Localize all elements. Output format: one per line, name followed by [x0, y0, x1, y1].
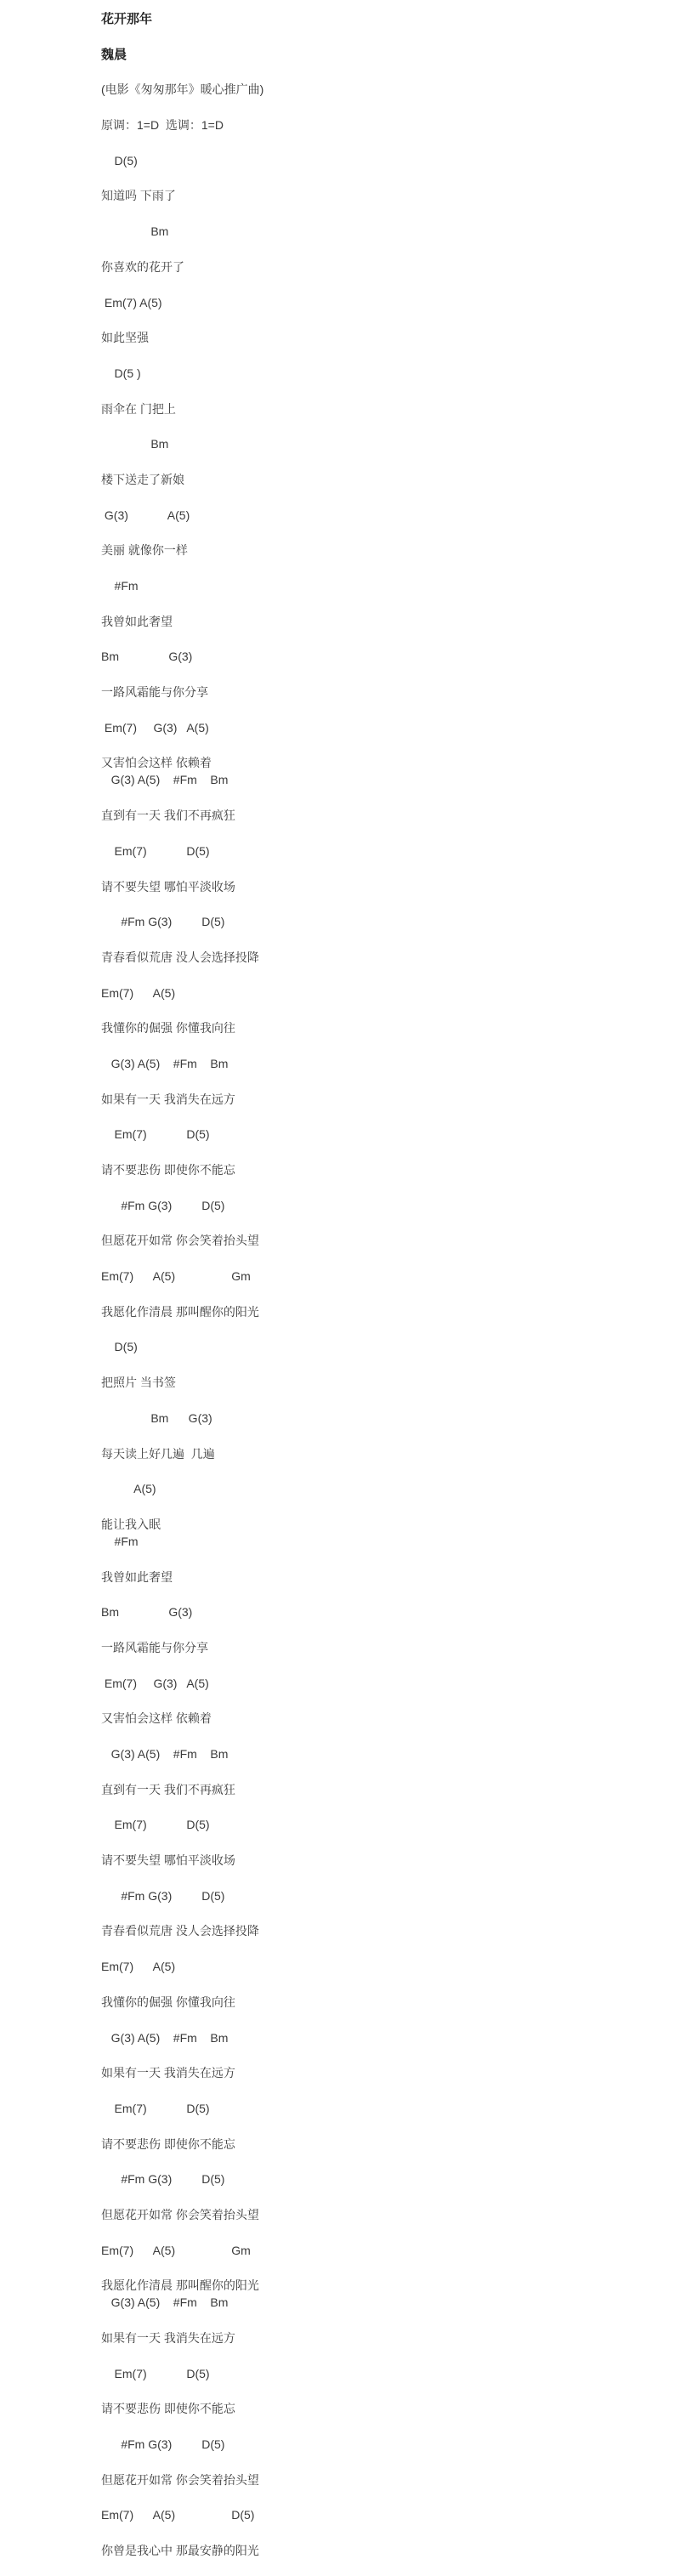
lyric-line: 请不要悲伤 即使你不能忘 [101, 2136, 640, 2153]
chord-line: G(3) A(5) #Fm Bm [101, 2030, 640, 2046]
chord-line: Em(7) G(3) A(5) [101, 720, 640, 736]
lyric-line: 你喜欢的花开了 [101, 259, 640, 275]
chord-line: D(5 ) [101, 366, 640, 382]
chord-line: D(5) [101, 1339, 640, 1355]
lyric-line: 如果有一天 我消失在远方 [101, 2330, 640, 2346]
chord-line: Em(7) A(5) Gm [101, 1268, 640, 1285]
chord-line: Em(7) A(5) [101, 1959, 640, 1975]
chord-sheet-page: 花开那年 魏晨 (电影《匆匆那年》暖心推广曲) 原调：1=D 选调：1=D D(… [0, 0, 674, 2576]
lyric-line: 我曾如此奢望 [101, 1569, 640, 1586]
chord-line: Bm [101, 224, 640, 240]
lyric-line: 但愿花开如常 你会笑着抬头望 [101, 2472, 640, 2488]
chord-line: #Fm G(3) D(5) [101, 914, 640, 930]
song-header: 花开那年 魏晨 (电影《匆匆那年》暖心推广曲) 原调：1=D 选调：1=D [101, 11, 640, 133]
lyric-line: 如果有一天 我消失在远方 [101, 2065, 640, 2081]
lyric-line: 知道吗 下雨了 [101, 188, 640, 204]
chord-line: G(3) A(5) #Fm Bm [101, 1056, 640, 1072]
song-title: 花开那年 [101, 11, 640, 27]
chord-line: #Fm [101, 578, 640, 594]
chord-line: Em(7) A(5) D(5) [101, 2507, 640, 2523]
chord-line: Bm [101, 436, 640, 452]
chord-line: Em(7) D(5) [101, 1126, 640, 1143]
chord-line: Em(7) G(3) A(5) [101, 1676, 640, 1692]
lyric-line: 但愿花开如常 你会笑着抬头望 [101, 2207, 640, 2223]
lyric-line: 楼下送走了新娘 [101, 472, 640, 488]
chord-line: Em(7) D(5) [101, 2101, 640, 2117]
song-key-info: 原调：1=D 选调：1=D [101, 117, 640, 133]
chord-line: D(5) [101, 153, 640, 169]
lyric-line: 又害怕会这样 依赖着 [101, 1711, 640, 1727]
chord-line: Em(7) A(5) [101, 985, 640, 1001]
chord-line: #Fm G(3) D(5) [101, 2171, 640, 2187]
chord-line: Bm G(3) [101, 649, 640, 665]
lyric-line: 把照片 当书签 [101, 1375, 640, 1391]
chord-line: G(3) A(5) #Fm Bm [101, 1746, 640, 1762]
lyric-line: 我懂你的倔强 你懂我向往 [101, 1020, 640, 1036]
chord-line: Bm G(3) [101, 1604, 640, 1620]
lyric-line: 又害怕会这样 依赖着 [101, 755, 640, 771]
lyric-line: 青春看似荒唐 没人会选择投降 [101, 950, 640, 966]
lyric-line: 我愿化作清晨 那叫醒你的阳光 [101, 1304, 640, 1320]
chord-line: Bm G(3) [101, 1410, 640, 1427]
lyric-line: 美丽 就像你一样 [101, 542, 640, 559]
lyric-line: 雨伞在 门把上 [101, 401, 640, 417]
chord-line: #Fm [101, 1534, 640, 1550]
lyric-line: 直到有一天 我们不再疯狂 [101, 1782, 640, 1798]
lyric-line: 能让我入眠 [101, 1517, 640, 1533]
song-subtitle: (电影《匆匆那年》暖心推广曲) [101, 82, 640, 98]
chord-line: #Fm G(3) D(5) [101, 2437, 640, 2453]
chord-line: Em(7) D(5) [101, 2366, 640, 2382]
lyric-line: 我懂你的倔强 你懂我向往 [101, 1994, 640, 2011]
chord-line: G(3) A(5) #Fm Bm [101, 772, 640, 788]
chord-line: A(5) [101, 1481, 640, 1497]
chord-line: G(3) A(5) #Fm Bm [101, 2295, 640, 2311]
lyric-line: 请不要悲伤 即使你不能忘 [101, 2401, 640, 2417]
lyric-line: 我曾如此奢望 [101, 614, 640, 630]
lyrics-and-chords: D(5)知道吗 下雨了 Bm你喜欢的花开了 Em(7) A(5)如此坚强 D(5… [101, 153, 640, 2559]
lyric-line: 直到有一天 我们不再疯狂 [101, 808, 640, 824]
lyric-line: 我愿化作清晨 那叫醒你的阳光 [101, 2278, 640, 2294]
chord-line: #Fm G(3) D(5) [101, 1198, 640, 1214]
lyric-line: 请不要悲伤 即使你不能忘 [101, 1162, 640, 1178]
lyric-line: 但愿花开如常 你会笑着抬头望 [101, 1233, 640, 1249]
lyric-line: 请不要失望 哪怕平淡收场 [101, 879, 640, 895]
lyric-line: 如此坚强 [101, 330, 640, 346]
lyric-line: 如果有一天 我消失在远方 [101, 1092, 640, 1108]
lyric-line: 青春看似荒唐 没人会选择投降 [101, 1923, 640, 1939]
song-artist: 魏晨 [101, 47, 640, 63]
chord-line: Em(7) D(5) [101, 1817, 640, 1833]
chord-line: Em(7) A(5) Gm [101, 2243, 640, 2259]
chord-line: #Fm G(3) D(5) [101, 1888, 640, 1904]
chord-line: Em(7) D(5) [101, 843, 640, 860]
lyric-line: 一路风霜能与你分享 [101, 1640, 640, 1656]
lyric-line: 请不要失望 哪怕平淡收场 [101, 1853, 640, 1869]
lyric-line: 你曾是我心中 那最安静的阳光 [101, 2543, 640, 2559]
lyric-line: 每天读上好几遍 几遍 [101, 1446, 640, 1462]
chord-line: Em(7) A(5) [101, 295, 640, 311]
lyric-line: 一路风霜能与你分享 [101, 684, 640, 701]
chord-line: G(3) A(5) [101, 508, 640, 524]
